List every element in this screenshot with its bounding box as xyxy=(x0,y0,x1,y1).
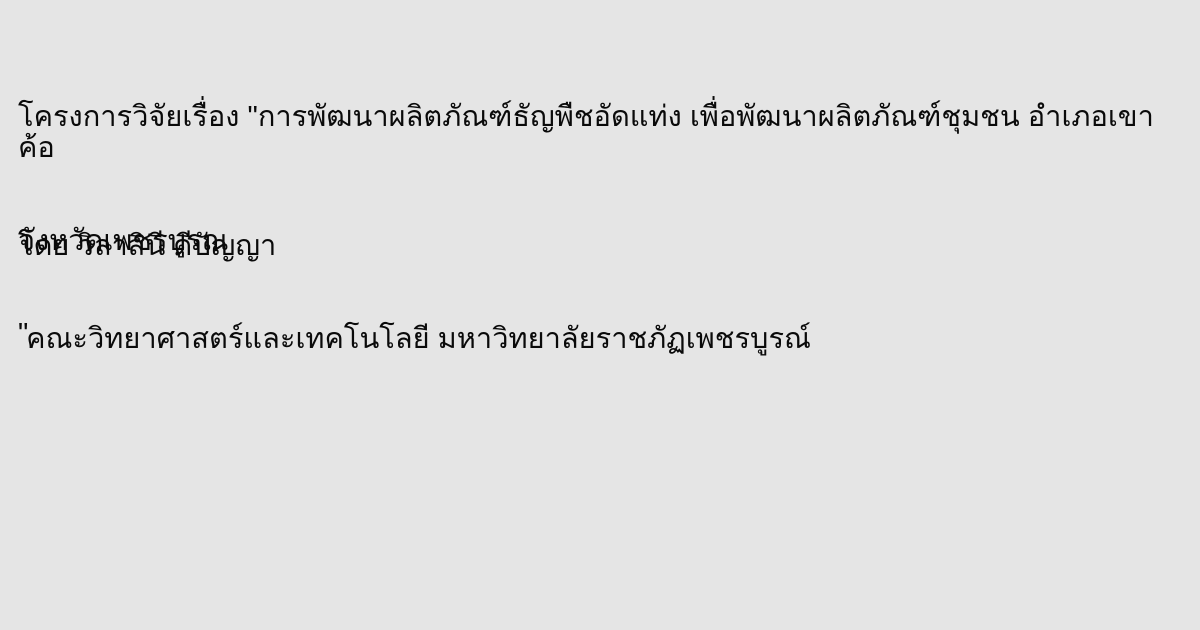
affiliation-line: คณะวิทยาศาสตร์และเทคโนโลยี มหาวิทยาลัยรา… xyxy=(18,324,1188,355)
project-title-line-1: โครงการวิจัยเรื่อง "การพัฒนาผลิตภัณฑ์ธัญ… xyxy=(18,102,1188,164)
author-byline: โดย วิลาสินี ดีปัญญา xyxy=(18,231,1188,262)
page-background: { "page": { "background_color": "#e5e5e5… xyxy=(0,0,1200,630)
credits: โดย วิลาสินี ดีปัญญา คณะวิทยาศาสตร์และเท… xyxy=(18,169,1188,386)
